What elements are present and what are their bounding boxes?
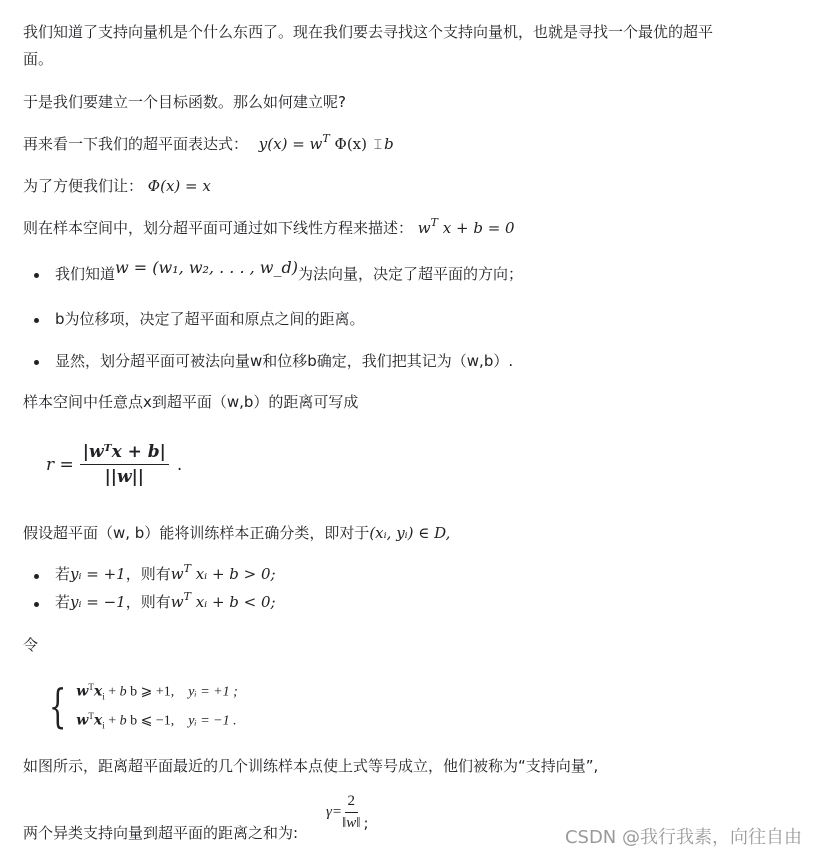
distance-formula: r = |wᵀx + b| ||w|| . — [46, 442, 182, 487]
dataset-membership-formula: (xᵢ, yᵢ) ∈ D, — [369, 524, 450, 542]
bullet-dot — [34, 602, 39, 607]
paragraph-distance-intro: 样本空间中任意点x到超平面（w,b）的距离可写成 — [23, 391, 358, 413]
paragraph-objective: 于是我们要建立一个目标函数。那么如何建立呢? — [23, 91, 346, 113]
paragraph-phi-definition: 为了方便我们让： Φ(x) = x — [23, 175, 211, 197]
hyperplane-expression-label: 再来看一下我们的超平面表达式： — [23, 135, 248, 153]
article-body: 我们知道了支持向量机是个什么东西了。现在我们要去寻找这个支持向量机，也就是寻找一… — [0, 0, 814, 857]
phi-formula: Φ(x) = x — [148, 177, 211, 195]
paragraph-let: 令 — [23, 634, 38, 656]
list-item-hyperplane-notation: 显然，划分超平面可被法向量w和位移b确定，我们把其记为（w,b）. — [55, 350, 513, 372]
paragraph-margin: 两个异类支持向量到超平面的距离之和为: — [23, 822, 298, 844]
hyperplane-formula: y(x) = wT Φ(x) ⌶b — [259, 135, 394, 153]
bullet-dot — [34, 360, 39, 365]
w-vector-formula: w = (w₁, w₂, . . . , w_d) — [115, 258, 298, 277]
list-item-bias: b为位移项，决定了超平面和原点之间的距离。 — [55, 308, 365, 330]
list-item-normal-vector: 我们知道w = (w₁, w₂, . . . , w_d)为法向量，决定了超平面… — [55, 263, 523, 285]
left-brace: { — [49, 686, 67, 726]
linear-equation-formula: wT x + b = 0 — [418, 219, 515, 237]
paragraph-classification-assumption: 假设超平面（w, b）能将训练样本正确分类，即对于(xᵢ, yᵢ) ∈ D, — [23, 522, 450, 544]
csdn-watermark: CSDN @我行我素，向往自由 — [565, 823, 802, 849]
margin-gamma-formula: γ= 2 ‖w‖ ; — [326, 793, 369, 832]
paragraph-hyperplane-expression: 再来看一下我们的超平面表达式： y(x) = wT Φ(x) ⌶b — [23, 133, 394, 156]
bullet-dot — [34, 318, 39, 323]
paragraph-intro-line2: 面。 — [23, 48, 53, 70]
paragraph-intro-line1: 我们知道了支持向量机是个什么东西了。现在我们要去寻找这个支持向量机，也就是寻找一… — [23, 21, 713, 43]
text-cursor-icon: ⌶ — [374, 134, 382, 156]
list-item-negative-class: 若yᵢ = −1，则有wT xᵢ + b < 0; — [55, 591, 276, 613]
constraint-cases-formula: { wTxi + b b ⩾ +1, yᵢ = +1 ; wTxi + b b … — [43, 677, 238, 736]
paragraph-support-vectors: 如图所示，距离超平面最近的几个训练样本点使上式等号成立，他们被称为“支持向量”, — [23, 755, 598, 777]
bullet-dot — [34, 574, 39, 579]
list-item-positive-class: 若yᵢ = +1，则有wT xᵢ + b > 0; — [55, 563, 276, 585]
bullet-dot — [34, 273, 39, 278]
paragraph-linear-equation: 则在样本空间中，划分超平面可通过如下线性方程来描述： wT x + b = 0 — [23, 217, 515, 239]
